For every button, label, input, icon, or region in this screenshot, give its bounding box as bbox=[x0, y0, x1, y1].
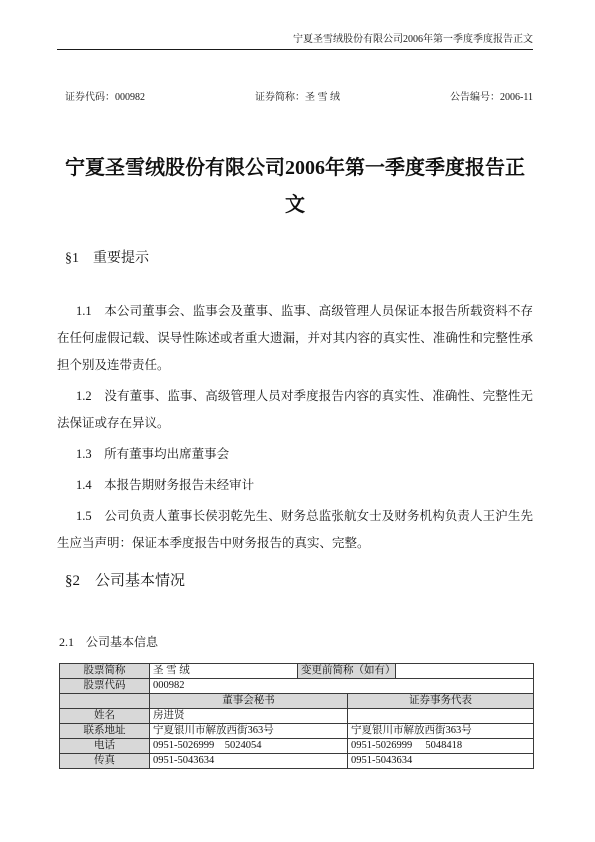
cell-stock-short-name: 圣 雪 绒 bbox=[150, 664, 298, 679]
section-2-heading: §2 公司基本情况 bbox=[65, 571, 533, 592]
company-info-table: 股票简称 圣 雪 绒 变更前简称（如有） 股票代码 000982 董事会秘书 证… bbox=[59, 663, 534, 769]
paragraph-1-4: 1.4 本报告期财务报告未经审计 bbox=[57, 472, 533, 499]
cell-corner-blank bbox=[60, 694, 150, 709]
cell-stock-short-name-label: 股票简称 bbox=[60, 664, 150, 679]
cell-rep-address: 宁夏银川市解放西街363号 bbox=[348, 724, 534, 739]
cell-rep-name bbox=[348, 709, 534, 724]
meta-row: 证券代码：000982 证券简称：圣 雪 绒 公告编号：2006-11 bbox=[65, 91, 533, 104]
meta-announcement-no: 公告编号：2006-11 bbox=[450, 91, 533, 104]
cell-secretary-phone: 0951-5026999 5024054 bbox=[150, 739, 348, 754]
paragraph-1-1: 1.1 本公司董事会、监事会及董事、监事、高级管理人员保证本报告所载资料不存在任… bbox=[57, 298, 533, 379]
table-row-address: 联系地址 宁夏银川市解放西街363号 宁夏银川市解放西街363号 bbox=[60, 724, 534, 739]
table-row-fax: 传真 0951-5043634 0951-5043634 bbox=[60, 754, 534, 769]
running-header-text: 宁夏圣雪绒股份有限公司2006年第一季度季度报告正文 bbox=[293, 34, 533, 45]
cell-fax-label: 传真 bbox=[60, 754, 150, 769]
section-2-1-heading: 2.1 公司基本信息 bbox=[59, 634, 533, 651]
cell-secretary-fax: 0951-5043634 bbox=[150, 754, 348, 769]
table-row-phone: 电话 0951-5026999 5024054 0951-5026999 504… bbox=[60, 739, 534, 754]
paragraph-1-2: 1.2 没有董事、监事、高级管理人员对季度报告内容的真实性、准确性、完整性无法保… bbox=[57, 383, 533, 437]
running-header: 宁夏圣雪绒股份有限公司2006年第一季度季度报告正文 bbox=[57, 33, 533, 49]
cell-address-label: 联系地址 bbox=[60, 724, 150, 739]
section-1-body: 1.1 本公司董事会、监事会及董事、监事、高级管理人员保证本报告所载资料不存在任… bbox=[57, 298, 533, 557]
table-row-stock-code: 股票代码 000982 bbox=[60, 679, 534, 694]
cell-phone-label: 电话 bbox=[60, 739, 150, 754]
header-rule bbox=[57, 49, 533, 50]
cell-name-label: 姓名 bbox=[60, 709, 150, 724]
meta-stock-short-name: 证券简称：圣 雪 绒 bbox=[255, 91, 340, 104]
cell-board-secretary-header: 董事会秘书 bbox=[150, 694, 348, 709]
paragraph-1-5: 1.5 公司负责人董事长侯羽乾先生、财务总监张航女士及财务机构负责人王沪生先生应… bbox=[57, 503, 533, 557]
cell-former-name-label: 变更前简称（如有） bbox=[298, 664, 396, 679]
meta-stock-code: 证券代码：000982 bbox=[65, 91, 145, 104]
table-row-name: 姓名 房进贤 bbox=[60, 709, 534, 724]
document-page: 宁夏圣雪绒股份有限公司2006年第一季度季度报告正文 证券代码：000982 证… bbox=[0, 0, 595, 842]
cell-rep-fax: 0951-5043634 bbox=[348, 754, 534, 769]
table-row-stock-short-name: 股票简称 圣 雪 绒 变更前简称（如有） bbox=[60, 664, 534, 679]
document-title: 宁夏圣雪绒股份有限公司2006年第一季度季度报告正文 bbox=[57, 150, 533, 224]
cell-stock-code-value: 000982 bbox=[150, 679, 534, 694]
cell-stock-code-label: 股票代码 bbox=[60, 679, 150, 694]
cell-former-name-value bbox=[396, 664, 534, 679]
section-1-heading: §1 重要提示 bbox=[65, 249, 533, 269]
cell-secretary-address: 宁夏银川市解放西街363号 bbox=[150, 724, 348, 739]
cell-rep-phone: 0951-5026999 5048418 bbox=[348, 739, 534, 754]
cell-secretary-name: 房进贤 bbox=[150, 709, 348, 724]
paragraph-1-3: 1.3 所有董事均出席董事会 bbox=[57, 441, 533, 468]
table-row-contact-headers: 董事会秘书 证券事务代表 bbox=[60, 694, 534, 709]
cell-securities-rep-header: 证券事务代表 bbox=[348, 694, 534, 709]
